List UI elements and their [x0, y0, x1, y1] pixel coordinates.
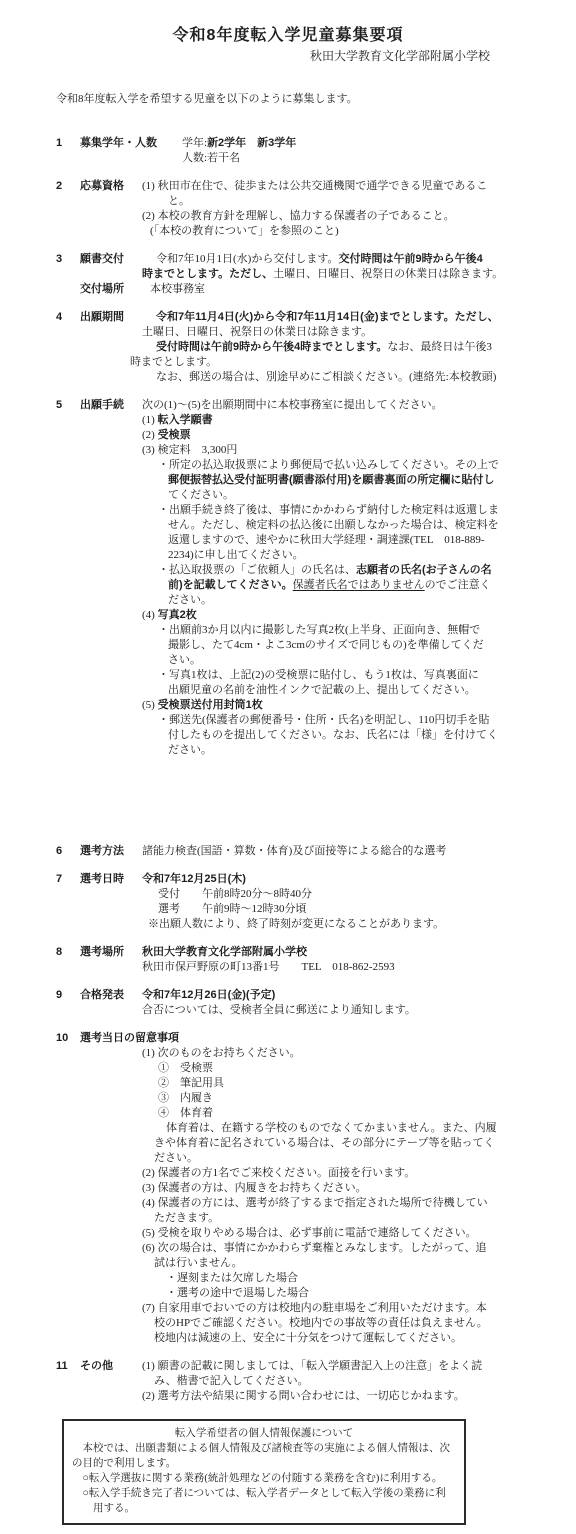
- section-heading: [80, 638, 142, 653]
- text-run: (2) 選考方法や結果に関する問い合わせには、一切応じかねます。: [142, 1390, 465, 1402]
- section-text: 出願児童の名前を油性インクで記載の上、提出してください。: [168, 683, 556, 698]
- section-number: 1: [56, 136, 80, 151]
- privacy-box-line: ○転入学手続き完了者については、転入学者データとして転入学後の業務に利: [72, 1486, 456, 1501]
- text-run: 郵便振替払込受付証明書(願書添付用)を願書裏面の所定欄に貼付し: [168, 474, 494, 486]
- doc-line: 前)を記載してください。保護者氏名ではありませんのでご注意く: [56, 578, 556, 593]
- section-heading: [80, 413, 142, 428]
- section-heading: [80, 683, 142, 698]
- doc-line: 体育着は、在籍する学校のものでなくてかまいません。また、内履: [56, 1121, 556, 1136]
- section-number: [56, 413, 80, 428]
- section-text: 校地内は減速の上、安全に十分気をつけて運転してください。: [154, 1331, 556, 1346]
- section-text: (3) 検定料 3,300円: [142, 443, 556, 458]
- text-run: ださい。: [168, 744, 212, 756]
- intro-sentence: 令和8年度転入学を希望する児童を以下のように募集します。: [56, 92, 556, 107]
- section-text: (1) 願書の記載に関しましては、「転入学願書記入上の注意」をよく読: [142, 1359, 556, 1374]
- section-heading: [80, 1003, 142, 1018]
- section-number: [56, 683, 80, 698]
- text-run: 本校事務室: [150, 283, 205, 295]
- doc-line: 選考 午前9時〜12時30分頃: [56, 902, 556, 917]
- privacy-box-line: 本校では、出願書類による個人情報及び諸検査等の実施による個人情報は、次: [72, 1441, 456, 1456]
- doc-line: 7選考日時令和7年12月25日(木): [56, 872, 556, 887]
- doc-line: (2) 受検票: [56, 428, 556, 443]
- section-text: ただきます。: [154, 1211, 556, 1226]
- section-text: 令和7年12月25日(木): [142, 872, 556, 887]
- section-text: ・出願手続き終了後は、事情にかかわらず納付した検定料は返還しま: [158, 503, 556, 518]
- text-run: (5) 受検を取りやめる場合は、必ず事前に電話で連絡してください。: [142, 1227, 477, 1239]
- doc-line: ① 受検票: [56, 1061, 556, 1076]
- text-run: ④ 体育着: [158, 1107, 213, 1119]
- section-heading: その他: [80, 1359, 142, 1374]
- text-run: 人数:若干名: [182, 152, 240, 164]
- text-run: 受付 午前8時20分〜8時40分: [158, 888, 312, 900]
- doc-line: 受付時間は午前9時から午後4時までとします。なお、最終日は午後3: [56, 340, 556, 355]
- section-text: (2) 保護者の方1名でご来校ください。面接を行います。: [142, 1166, 556, 1181]
- section-heading: [80, 533, 142, 548]
- section-heading: [80, 917, 142, 932]
- section-number: 4: [56, 310, 80, 325]
- doc-line: ・遅刻または欠席した場合: [56, 1271, 556, 1286]
- section-text: てください。: [168, 488, 556, 503]
- section-heading: [80, 593, 142, 608]
- doc-line: 試は行いません。: [56, 1256, 556, 1271]
- section-text: 時までとします。ただし、土曜日、日曜日、祝祭日の休業日は除きます。: [142, 267, 556, 282]
- section-number: [56, 698, 80, 713]
- privacy-box-title: 転入学希望者の個人情報保護について: [72, 1426, 456, 1441]
- doc-line: ださい。: [56, 1151, 556, 1166]
- text-run: 返還しますので、速やかに秋田大学経理・調達課(TEL 018-889-: [168, 534, 485, 546]
- section-text: さい。: [168, 653, 556, 668]
- doc-line: ・写真1枚は、上記(2)の受検票に貼付し、もう1枚は、写真裏面に: [56, 668, 556, 683]
- doc-line: (6) 次の場合は、事情にかかわらず棄権とみなします。したがって、追: [56, 1241, 556, 1256]
- section-heading: 応募資格: [80, 179, 142, 194]
- section-text: ださい。: [154, 1151, 556, 1166]
- section-number: [56, 267, 80, 282]
- text-run: 校地内は減速の上、安全に十分気をつけて運転してください。: [154, 1332, 462, 1344]
- text-run: きや体育着に記名されている場合は、その部分にテープ等を貼ってく: [154, 1137, 494, 1149]
- section-number: [56, 473, 80, 488]
- page-title: 令和8年度転入学児童募集要項: [20, 26, 556, 46]
- doc-line: ・郵送先(保護者の郵便番号・住所・氏名)を明記し、110円切手を貼: [56, 713, 556, 728]
- section-number: 5: [56, 398, 80, 413]
- section-heading: [80, 488, 142, 503]
- section-text: せん。ただし、検定料の払込後に出願しなかった場合は、検定料を: [168, 518, 556, 533]
- doc-line: (3) 検定料 3,300円: [56, 443, 556, 458]
- doc-line: (2) 選考方法や結果に関する問い合わせには、一切応じかねます。: [56, 1389, 556, 1404]
- doc-line: (2) 本校の教育方針を理解し、協力する保護者の子であること。: [56, 209, 556, 224]
- section-heading: [80, 960, 142, 975]
- doc-line: 2234)に申し出てください。: [56, 548, 556, 563]
- text-run: 土曜日、日曜日、祝祭日の休業日は除きます。: [142, 326, 372, 338]
- doc-line: 人数:若干名: [56, 151, 556, 166]
- section-heading: 合格発表: [80, 988, 142, 1003]
- section-5: 5出願手続次の(1)〜(5)を出願期間中に本校事務室に提出してください。(1) …: [56, 398, 556, 758]
- text-run: 体育着は、在籍する学校のものでなくてかまいません。また、内履: [166, 1122, 497, 1134]
- text-run: 時までとします。: [130, 356, 217, 368]
- doc-line: 時までとします。ただし、土曜日、日曜日、祝祭日の休業日は除きます。: [56, 267, 556, 282]
- doc-line: 1募集学年・人数学年:新2学年 新3学年: [56, 136, 556, 151]
- section-heading: [80, 428, 142, 443]
- section-heading: [80, 1256, 142, 1271]
- section-number: [56, 608, 80, 623]
- doc-line: 4出願期間令和7年11月4日(火)から令和7年11月14日(金)までとします。た…: [56, 310, 556, 325]
- doc-line: と。: [56, 194, 556, 209]
- section-heading: [80, 1211, 142, 1226]
- section-10: 10選考当日の留意事項(1) 次のものをお持ちください。① 受検票② 筆記用具③…: [56, 1031, 556, 1346]
- section-text: ださい。: [168, 743, 556, 758]
- privacy-box-line: 用する。: [72, 1501, 456, 1516]
- doc-line: (7) 自家用車でおいでの方は校地内の駐車場をご利用いただけます。本: [56, 1301, 556, 1316]
- section-heading: [80, 458, 142, 473]
- section-text: 試は行いません。: [154, 1256, 556, 1271]
- section-heading: [80, 608, 142, 623]
- section-heading: [80, 1374, 142, 1389]
- section-text: (1) 次のものをお持ちください。: [142, 1046, 556, 1061]
- section-text: (1) 転入学願書: [142, 413, 556, 428]
- section-number: [56, 1091, 80, 1106]
- section-number: [56, 1286, 80, 1301]
- text-run: 受付時間は午前9時から午後4時までとします。: [156, 341, 387, 353]
- doc-line: 8選考場所秋田大学教育文化学部附属小学校: [56, 945, 556, 960]
- section-number: [56, 653, 80, 668]
- text-run: のでご注意く: [425, 579, 491, 591]
- section-text: 撮影し、たて4cm・よこ3cmのサイズで同じもの)を準備してくだ: [168, 638, 556, 653]
- section-text: 合否については、受検者全員に郵送により通知します。: [142, 1003, 556, 1018]
- text-run: さい。: [168, 654, 201, 666]
- text-run: 令和7年12月25日(木): [142, 873, 246, 885]
- doc-line: ・出願前3か月以内に撮影した写真2枚(上半身、正面向き、無帽で: [56, 623, 556, 638]
- section-8: 8選考場所秋田大学教育文化学部附属小学校秋田市保戸野原の町13番1号 TEL 0…: [56, 945, 556, 975]
- doc-line: ただきます。: [56, 1211, 556, 1226]
- text-run: (2) 保護者の方1名でご来校ください。面接を行います。: [142, 1167, 415, 1179]
- text-run: ③ 内履き: [158, 1092, 213, 1104]
- section-number: [56, 1374, 80, 1389]
- section-number: [56, 1076, 80, 1091]
- text-run: (2): [142, 429, 158, 441]
- section-number: [56, 1331, 80, 1346]
- section-text: 令和7年12月26日(金)(予定): [142, 988, 556, 1003]
- text-run: 試は行いません。: [154, 1257, 243, 1269]
- text-run: 合否については、受検者全員に郵送により通知します。: [142, 1004, 416, 1016]
- section-text: と。: [168, 194, 556, 209]
- text-run: 次の(1)〜(5)を出願期間中に本校事務室に提出してください。: [142, 399, 443, 411]
- doc-line: み、楷書で記入してください。: [56, 1374, 556, 1389]
- section-heading: [80, 653, 142, 668]
- section-heading: [80, 698, 142, 713]
- sections-container: 1募集学年・人数学年:新2学年 新3学年人数:若干名2応募資格(1) 秋田市在住…: [56, 136, 556, 1404]
- section-heading: 募集学年・人数: [80, 136, 142, 151]
- text-run: 撮影し、たて4cm・よこ3cmのサイズで同じもの)を準備してくだ: [168, 639, 484, 651]
- organization-name: 秋田大学教育文化学部附属小学校: [56, 48, 556, 65]
- text-run: 令和7年10月1日(水)から交付します。: [156, 253, 338, 265]
- section-text: 郵便振替払込受付証明書(願書添付用)を願書裏面の所定欄に貼付し: [168, 473, 556, 488]
- text-run: (1) 願書の記載に関しましては、「転入学願書記入上の注意」をよく読: [142, 1360, 482, 1372]
- section-number: [56, 1226, 80, 1241]
- text-run: 写真2枚: [158, 609, 197, 621]
- doc-line: ・払込取扱票の「ご依頼人」の氏名は、志願者の氏名(お子さんの名: [56, 563, 556, 578]
- doc-line: てください。: [56, 488, 556, 503]
- section-text: ださい。: [168, 593, 556, 608]
- text-run: 時までとします。ただし、: [142, 268, 273, 280]
- section-3: 3願書交付令和7年10月1日(水)から交付します。交付時間は午前9時から午後4時…: [56, 252, 556, 297]
- section-heading: [80, 743, 142, 758]
- text-run: ・出願前3か月以内に撮影した写真2枚(上半身、正面向き、無帽で: [158, 624, 480, 636]
- section-text: ③ 内履き: [158, 1091, 556, 1106]
- section-number: [56, 1389, 80, 1404]
- section-text: ※出願人数により、終了時刻が変更になることがあります。: [148, 917, 556, 932]
- section-number: [56, 370, 80, 385]
- section-number: [56, 1241, 80, 1256]
- text-run: てください。: [168, 489, 234, 501]
- section-heading: [80, 713, 142, 728]
- text-run: 土曜日、日曜日、祝祭日の休業日は除きます。: [273, 268, 503, 280]
- text-run: ださい。: [154, 1152, 198, 1164]
- section-7: 7選考日時令和7年12月25日(木)受付 午前8時20分〜8時40分選考 午前9…: [56, 872, 556, 932]
- text-run: 選考 午前9時〜12時30分頃: [158, 903, 307, 915]
- section-1: 1募集学年・人数学年:新2学年 新3学年人数:若干名: [56, 136, 556, 166]
- section-number: [56, 194, 80, 209]
- section-text: 体育着は、在籍する学校のものでなくてかまいません。また、内履: [166, 1121, 556, 1136]
- text-run: (2) 本校の教育方針を理解し、協力する保護者の子であること。: [142, 210, 455, 222]
- doc-line: ・選考の途中で退場した場合: [56, 1286, 556, 1301]
- section-heading: [80, 503, 142, 518]
- section-text: (2) 選考方法や結果に関する問い合わせには、一切応じかねます。: [142, 1389, 556, 1404]
- section-heading: 選考場所: [80, 945, 142, 960]
- section-text: (3) 保護者の方は、内履きをお持ちください。: [142, 1181, 556, 1196]
- text-run: 転入学願書: [158, 414, 213, 426]
- text-run: ・遅刻または欠席した場合: [166, 1272, 298, 1284]
- section-number: [56, 668, 80, 683]
- section-number: 6: [56, 844, 80, 859]
- doc-line: 付したものを提出してください。なお、氏名には「様」を付けてく: [56, 728, 556, 743]
- doc-line: 時までとします。: [56, 355, 556, 370]
- section-number: [56, 533, 80, 548]
- text-run: 2234)に申し出てください。: [168, 549, 304, 561]
- section-number: [56, 1301, 80, 1316]
- section-text: 返還しますので、速やかに秋田大学経理・調達課(TEL 018-889-: [168, 533, 556, 548]
- doc-line: (1) 転入学願書: [56, 413, 556, 428]
- section-number: [56, 743, 80, 758]
- section-number: [56, 428, 80, 443]
- privacy-box-line: ○転入学選抜に関する業務(統計処理などの付随する業務を含む)に利用する。: [72, 1471, 456, 1486]
- section-text: ・遅刻または欠席した場合: [166, 1271, 556, 1286]
- section-heading: [80, 1286, 142, 1301]
- section-text: (4) 写真2枚: [142, 608, 556, 623]
- section-text: 2234)に申し出てください。: [168, 548, 556, 563]
- section-number: [56, 1046, 80, 1061]
- section-text: [142, 1031, 556, 1046]
- section-number: [56, 713, 80, 728]
- text-run: 志願者の氏名(お子さんの名: [356, 564, 492, 576]
- section-2: 2応募資格(1) 秋田市在住で、徒歩または公共交通機関で通学できる児童であること…: [56, 179, 556, 239]
- text-run: ・所定の払込取扱票により郵便局で払い込みしてください。その上で: [158, 459, 499, 471]
- section-heading: [80, 668, 142, 683]
- section-heading: [80, 151, 142, 166]
- section-heading: [80, 1046, 142, 1061]
- doc-line: (2) 保護者の方1名でご来校ください。面接を行います。: [56, 1166, 556, 1181]
- section-number: [56, 638, 80, 653]
- section-text: ① 受検票: [158, 1061, 556, 1076]
- section-number: [56, 282, 80, 297]
- section-number: [56, 224, 80, 239]
- doc-line: ださい。: [56, 593, 556, 608]
- doc-line: ださい。: [56, 743, 556, 758]
- section-text: (1) 秋田市在住で、徒歩または公共交通機関で通学できる児童であるこ: [142, 179, 556, 194]
- doc-line: 撮影し、たて4cm・よこ3cmのサイズで同じもの)を準備してくだ: [56, 638, 556, 653]
- section-text: 人数:若干名: [182, 151, 556, 166]
- section-number: [56, 1121, 80, 1136]
- doc-line: 返還しますので、速やかに秋田大学経理・調達課(TEL 018-889-: [56, 533, 556, 548]
- doc-line: ③ 内履き: [56, 1091, 556, 1106]
- section-text: 次の(1)〜(5)を出願期間中に本校事務室に提出してください。: [142, 398, 556, 413]
- privacy-box: 転入学希望者の個人情報保護について 本校では、出願書類による個人情報及び諸検査等…: [62, 1419, 466, 1525]
- doc-line: ※出願人数により、終了時刻が変更になることがあります。: [56, 917, 556, 932]
- text-run: (4): [142, 609, 158, 621]
- doc-line: 秋田市保戸野原の町13番1号 TEL 018-862-2593: [56, 960, 556, 975]
- section-heading: [80, 1331, 142, 1346]
- doc-line: 3願書交付令和7年10月1日(水)から交付します。交付時間は午前9時から午後4: [56, 252, 556, 267]
- section-text: (5) 受検票送付用封筒1枚: [142, 698, 556, 713]
- section-number: [56, 340, 80, 355]
- section-number: [56, 563, 80, 578]
- text-run: ・選考の途中で退場した場合: [166, 1287, 309, 1299]
- section-heading: [80, 1241, 142, 1256]
- section-number: [56, 1196, 80, 1211]
- section-number: [56, 1003, 80, 1018]
- section-4: 4出願期間令和7年11月4日(火)から令和7年11月14日(金)までとします。た…: [56, 310, 556, 385]
- section-heading: 出願手続: [80, 398, 142, 413]
- text-run: ② 筆記用具: [158, 1077, 224, 1089]
- section-heading: [80, 1389, 142, 1404]
- section-text: ・選考の途中で退場した場合: [166, 1286, 556, 1301]
- section-number: [56, 151, 80, 166]
- text-run: (3) 検定料 3,300円: [142, 444, 237, 456]
- section-heading: 交付場所: [80, 282, 142, 297]
- text-run: 諸能力検査(国語・算数・体育)及び面接等による総合的な選考: [142, 845, 446, 857]
- section-heading: 選考方法: [80, 844, 142, 859]
- text-run: ・郵送先(保護者の郵便番号・住所・氏名)を明記し、110円切手を貼: [158, 714, 489, 726]
- text-run: (5): [142, 699, 158, 711]
- text-run: ただきます。: [154, 1212, 219, 1224]
- section-text: 選考 午前9時〜12時30分頃: [158, 902, 556, 917]
- section-number: [56, 1136, 80, 1151]
- section-number: [56, 1211, 80, 1226]
- section-number: [56, 443, 80, 458]
- text-run: (6) 次の場合は、事情にかかわらず棄権とみなします。したがって、追: [142, 1242, 486, 1254]
- doc-line: 校地内は減速の上、安全に十分気をつけて運転してください。: [56, 1331, 556, 1346]
- section-text: ④ 体育着: [158, 1106, 556, 1121]
- section-number: [56, 917, 80, 932]
- section-heading: [80, 194, 142, 209]
- doc-line: (5) 受検票送付用封筒1枚: [56, 698, 556, 713]
- doc-line: 10選考当日の留意事項: [56, 1031, 556, 1046]
- text-run: み、楷書で記入してください。: [154, 1375, 309, 1387]
- section-heading: [80, 623, 142, 638]
- section-6: 6選考方法諸能力検査(国語・算数・体育)及び面接等による総合的な選考: [56, 844, 556, 859]
- text-run: (1) 秋田市在住で、徒歩または公共交通機関で通学できる児童であるこ: [142, 180, 487, 192]
- document-page: 令和8年度転入学児童募集要項 秋田大学教育文化学部附属小学校 令和8年度転入学を…: [0, 0, 576, 1534]
- section-heading: [80, 1301, 142, 1316]
- section-11: 11その他(1) 願書の記載に関しましては、「転入学願書記入上の注意」をよく読み…: [56, 1359, 556, 1404]
- section-heading: 選考日時: [80, 872, 142, 887]
- section-number: [56, 488, 80, 503]
- text-run: (1) 次のものをお持ちください。: [142, 1047, 301, 1059]
- section-number: 8: [56, 945, 80, 960]
- section-number: [56, 902, 80, 917]
- text-run: (7) 自家用車でおいでの方は校地内の駐車場をご利用いただけます。本: [142, 1302, 487, 1314]
- text-run: 出願児童の名前を油性インクで記載の上、提出してください。: [168, 684, 476, 696]
- text-run: (3) 保護者の方は、内履きをお持ちください。: [142, 1182, 367, 1194]
- section-heading: [80, 1316, 142, 1331]
- section-number: 10: [56, 1031, 80, 1046]
- text-run: 交付時間は午前9時から午後4: [338, 253, 482, 265]
- section-heading: [80, 1166, 142, 1181]
- text-run: 秋田市保戸野原の町13番1号 TEL 018-862-2593: [142, 961, 395, 973]
- doc-line: 土曜日、日曜日、祝祭日の休業日は除きます。: [56, 325, 556, 340]
- section-text: 秋田市保戸野原の町13番1号 TEL 018-862-2593: [142, 960, 556, 975]
- section-text: 前)を記載してください。保護者氏名ではありませんのでご注意く: [168, 578, 556, 593]
- doc-line: 6選考方法諸能力検査(国語・算数・体育)及び面接等による総合的な選考: [56, 844, 556, 859]
- doc-line: ④ 体育着: [56, 1106, 556, 1121]
- section-heading: [80, 887, 142, 902]
- section-text: (2) 受検票: [142, 428, 556, 443]
- section-text: ・所定の払込取扱票により郵便局で払い込みしてください。その上で: [158, 458, 556, 473]
- doc-line: 受付 午前8時20分〜8時40分: [56, 887, 556, 902]
- doc-line: 郵便振替払込受付証明書(願書添付用)を願書裏面の所定欄に貼付し: [56, 473, 556, 488]
- section-number: [56, 1106, 80, 1121]
- section-text: (7) 自家用車でおいでの方は校地内の駐車場をご利用いただけます。本: [142, 1301, 556, 1316]
- doc-line: きや体育着に記名されている場合は、その部分にテープ等を貼ってく: [56, 1136, 556, 1151]
- section-number: [56, 548, 80, 563]
- doc-line: 9合格発表令和7年12月26日(金)(予定): [56, 988, 556, 1003]
- section-heading: [80, 518, 142, 533]
- text-run: ※出願人数により、終了時刻が変更になることがあります。: [148, 918, 444, 930]
- doc-line: 交付場所本校事務室: [56, 282, 556, 297]
- text-run: なお、郵送の場合は、別途早めにご相談ください。(連絡先:本校教頭): [156, 371, 496, 383]
- doc-line: なお、郵送の場合は、別途早めにご相談ください。(連絡先:本校教頭): [56, 370, 556, 385]
- text-run: 前)を記載してください。: [168, 579, 293, 591]
- section-number: 9: [56, 988, 80, 1003]
- doc-line: さい。: [56, 653, 556, 668]
- section-number: [56, 1151, 80, 1166]
- section-heading: [80, 1076, 142, 1091]
- section-number: [56, 1166, 80, 1181]
- section-text: 校のHPでご確認ください。校地内での事故等の責任は負えません。: [154, 1316, 556, 1331]
- section-number: [56, 593, 80, 608]
- text-run: ・写真1枚は、上記(2)の受検票に貼付し、もう1枚は、写真裏面に: [158, 669, 479, 681]
- doc-line: (1) 次のものをお持ちください。: [56, 1046, 556, 1061]
- section-number: [56, 518, 80, 533]
- doc-line: 出願児童の名前を油性インクで記載の上、提出してください。: [56, 683, 556, 698]
- text-run: 受検票送付用封筒1枚: [158, 699, 263, 711]
- section-heading: [80, 728, 142, 743]
- section-number: [56, 355, 80, 370]
- text-run: なお、最終日は午後3: [387, 341, 492, 353]
- text-run: 令和7年12月26日(金)(予定): [142, 989, 275, 1001]
- section-number: [56, 1316, 80, 1331]
- section-heading: [80, 340, 142, 355]
- doc-line: (5) 受検を取りやめる場合は、必ず事前に電話で連絡してください。: [56, 1226, 556, 1241]
- section-heading: [80, 563, 142, 578]
- section-text: きや体育着に記名されている場合は、その部分にテープ等を貼ってく: [154, 1136, 556, 1151]
- section-text: (4) 保護者の方には、選考が終了するまで指定された場所で待機してい: [142, 1196, 556, 1211]
- section-text: 学年:新2学年 新3学年: [182, 136, 556, 151]
- text-run: 令和7年11月4日(火)から令和7年11月14日(金)までとします。ただし、: [156, 311, 499, 323]
- doc-line: (「本校の教育について」を参照のこと): [56, 224, 556, 239]
- section-heading: [80, 1136, 142, 1151]
- text-run: ① 受検票: [158, 1062, 213, 1074]
- text-run: 付したものを提出してください。なお、氏名には「様」を付けてく: [168, 729, 498, 741]
- text-run: 学年:: [182, 137, 207, 149]
